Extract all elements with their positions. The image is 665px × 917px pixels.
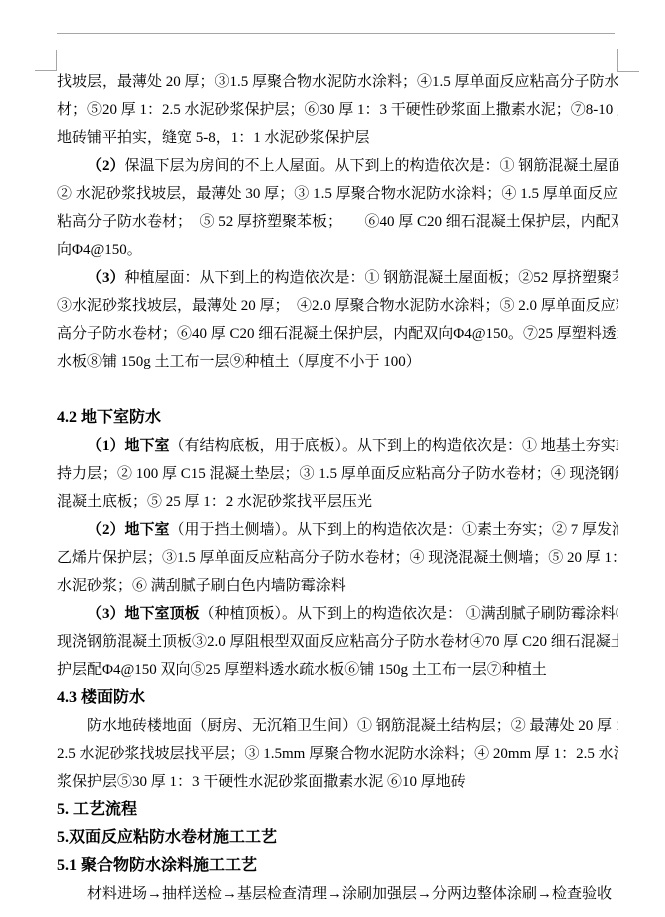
paragraph-start-line: 材料进场→抽样送检→基层检查清理→涂刷加强层→分两边整体涂刷→检查验收（隐 (57, 880, 618, 908)
header-rule (57, 33, 615, 34)
text-line: ② 水泥砂浆找坡层，最薄处 30 厚；③ 1.5 厚聚合物水泥防水涂料；④ 1.… (57, 180, 618, 208)
text-line: ③水泥砂浆找坡层，最薄处 20 厚； ④2.0 厚聚合物水泥防水涂料；⑤ 2.0… (57, 292, 618, 320)
text-line: 混凝土底板；⑤ 25 厚 1：2 水泥砂浆找平层压光 (57, 488, 618, 516)
text-line: （种植顶板）。从下到上的构造依次是： ①满刮腻子刷防霉涂料② (200, 606, 618, 622)
heading-title: 地下室防水 (81, 409, 161, 426)
section-heading-5-1: 5.1 聚合物防水涂料施工工艺 (57, 852, 618, 880)
text-line: 乙烯片保护层；③1.5 厚单面反应粘高分子防水卷材；④ 现浇混凝土侧墙；⑤ 20… (57, 544, 618, 572)
paragraph-number: （2）地下室 (87, 522, 170, 538)
text-line: 持力层；② 100 厚 C15 混凝土垫层；③ 1.5 厚单面反应粘高分子防水卷… (57, 460, 618, 488)
heading-title: 聚合物防水涂料施工工艺 (81, 857, 257, 874)
paragraph-number: （1）地下室 (87, 438, 170, 454)
heading-number: 5. (57, 829, 69, 846)
heading-number: 4.2 (57, 409, 81, 426)
heading-title: 楼面防水 (81, 689, 145, 706)
text-line: 水泥砂浆；⑥ 满刮腻子刷白色内墙防霉涂料 (57, 572, 618, 600)
paragraph-number: （2） (87, 158, 125, 174)
text-line: 粘高分子防水卷材； ⑤ 52 厚挤塑聚苯板； ⑥40 厚 C20 细石混凝土保护… (57, 208, 618, 236)
text-line: 保温下层为房间的不上人屋面。从下到上的构造依次是：① 钢筋混凝土屋面板； (125, 158, 618, 174)
document-body: 找坡层，最薄处 20 厚；③1.5 厚聚合物水泥防水涂料；④1.5 厚单面反应粘… (57, 68, 618, 908)
heading-title: 工艺流程 (73, 801, 137, 818)
section-heading-5: 5. 工艺流程 (57, 796, 618, 824)
section-heading-5-rollmaterial: 5.双面反应粘防水卷材施工工艺 (57, 824, 618, 852)
document-page: 找坡层，最薄处 20 厚；③1.5 厚聚合物水泥防水涂料；④1.5 厚单面反应粘… (0, 0, 665, 917)
heading-title: 双面反应粘防水卷材施工工艺 (69, 829, 277, 846)
paragraph-number: （3） (87, 270, 125, 286)
text-line: 种植屋面：从下到上的构造依次是：① 钢筋混凝土屋面板；②52 厚挤塑聚苯板； (125, 270, 618, 286)
paragraph-start-line: （1）地下室（有结构底板，用于底板）。从下到上的构造依次是：① 地基土夯实或 (57, 432, 618, 460)
paragraph-start-line: 防水地砖楼地面（厨房、无沉箱卫生间）① 钢筋混凝土结构层；② 最薄处 20 厚 … (57, 712, 618, 740)
text-line: 现浇钢筋混凝土顶板③2.0 厚阻根型双面反应粘高分子防水卷材④70 厚 C20 … (57, 628, 618, 656)
heading-number: 5. (57, 801, 73, 818)
section-heading-4-3: 4.3 楼面防水 (57, 684, 618, 712)
paragraph-start-line: （3）种植屋面：从下到上的构造依次是：① 钢筋混凝土屋面板；②52 厚挤塑聚苯板… (57, 264, 618, 292)
paragraph-number: （3）地下室顶板 (87, 606, 200, 622)
paragraph-start-line: （3）地下室顶板（种植顶板）。从下到上的构造依次是： ①满刮腻子刷防霉涂料② (57, 600, 618, 628)
paragraph-start-line: （2）保温下层为房间的不上人屋面。从下到上的构造依次是：① 钢筋混凝土屋面板； (57, 152, 618, 180)
text-line: （用于挡土侧墙）。从下到上的构造依次是：①素土夯实；② 7 厚发泡聚 (170, 522, 618, 538)
text-line: 高分子防水卷材；⑥40 厚 C20 细石混凝土保护层，内配双向Φ4@150。⑦2… (57, 320, 618, 348)
blank-line (57, 376, 618, 404)
text-line: 找坡层，最薄处 20 厚；③1.5 厚聚合物水泥防水涂料；④1.5 厚单面反应粘… (57, 68, 618, 96)
text-line: 材；⑤20 厚 1：2.5 水泥砂浆保护层；⑥30 厚 1：3 干硬性砂浆面上撒… (57, 96, 618, 124)
crop-mark-left (35, 70, 57, 71)
section-heading-4-2: 4.2 地下室防水 (57, 404, 618, 432)
crop-mark-right (617, 71, 639, 72)
text-line: 地砖铺平拍实，缝宽 5-8，1：1 水泥砂浆保护层 (57, 124, 618, 152)
text-line: （有结构底板，用于底板）。从下到上的构造依次是：① 地基土夯实或 (170, 438, 618, 454)
text-line: 向Φ4@150。 (57, 236, 618, 264)
heading-number: 5.1 (57, 857, 81, 874)
text-line: 水板⑧铺 150g 土工布一层⑨种植土（厚度不小于 100） (57, 348, 618, 376)
heading-number: 4.3 (57, 689, 81, 706)
text-line: 护层配Φ4@150 双向⑤25 厚塑料透水疏水板⑥铺 150g 土工布一层⑦种植… (57, 656, 618, 684)
text-line: 2.5 水泥砂浆找坡层找平层；③ 1.5mm 厚聚合物水泥防水涂料；④ 20mm… (57, 740, 618, 768)
paragraph-start-line: （2）地下室（用于挡土侧墙）。从下到上的构造依次是：①素土夯实；② 7 厚发泡聚 (57, 516, 618, 544)
text-line: 浆保护层⑤30 厚 1：3 干硬性水泥砂浆面撒素水泥 ⑥10 厚地砖 (57, 768, 618, 796)
